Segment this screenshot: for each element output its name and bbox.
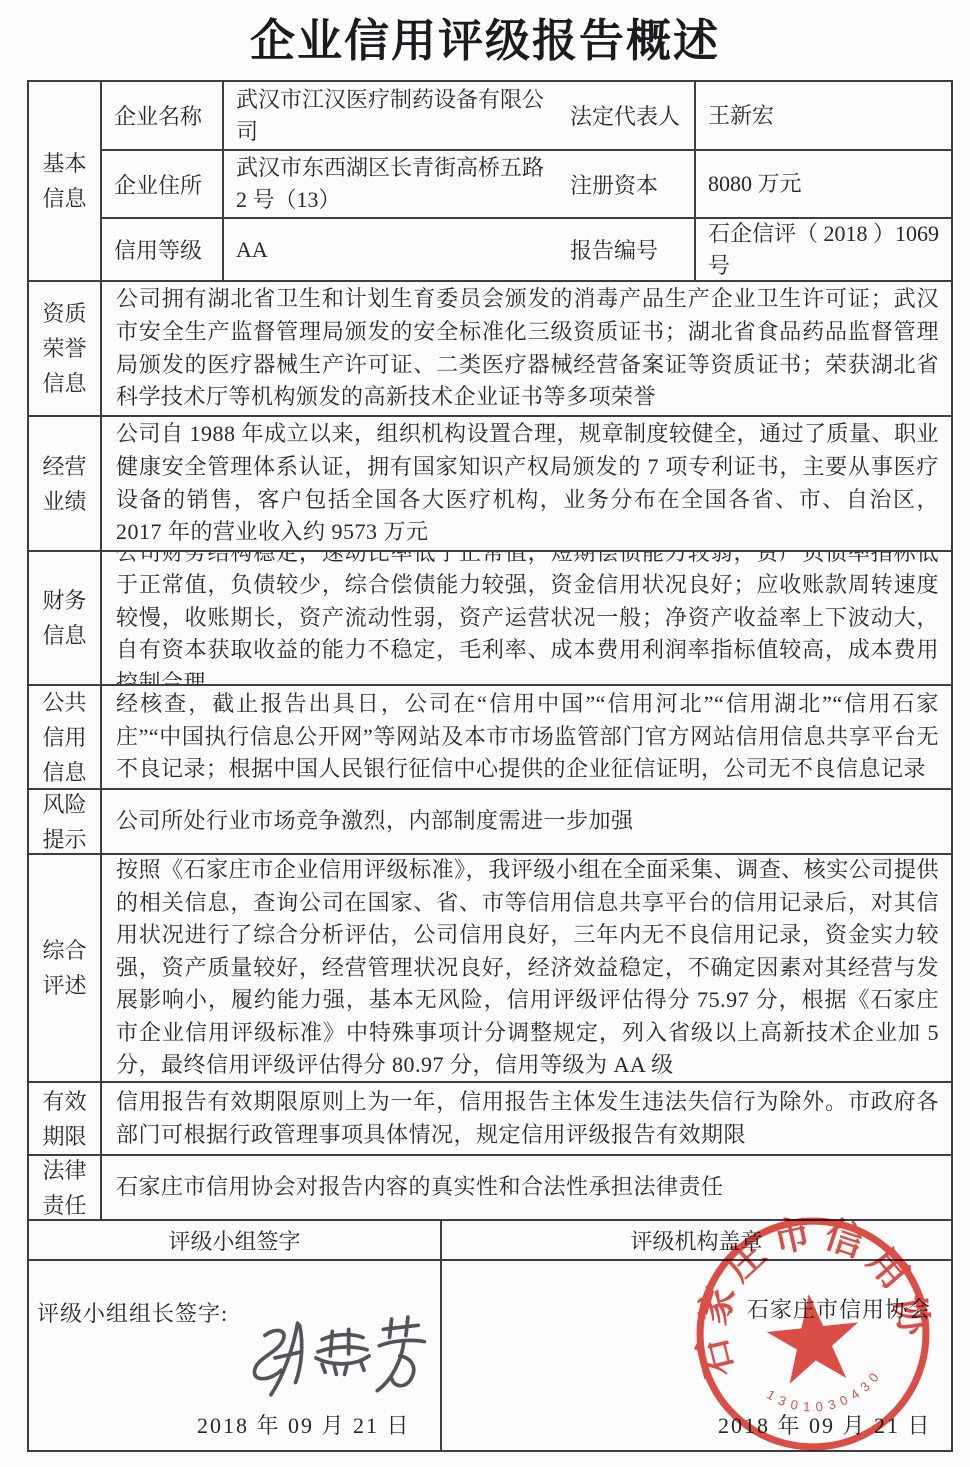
team-signature-date: 2018 年 09 月 21 日 — [197, 1409, 411, 1440]
field-report-no-label: 报告编号 — [558, 219, 694, 280]
section-content: 公司拥有湖北省卫生和计划生育委员会颁发的消毒产品生产企业卫生许可证；武汉市安全生… — [100, 282, 951, 415]
report-table: 基本信息 企业名称 武汉市江汉医疗制药设备有限公司 法定代表人 王新宏 企业住所… — [27, 80, 953, 1452]
rating-team-signature-header: 评级小组签字 — [29, 1221, 440, 1259]
field-address-value: 武汉市东西湖区长青街高桥五路 2 号（13） — [222, 151, 558, 217]
table-row: 企业住所 武汉市东西湖区长青街高桥五路 2 号（13） 注册资本 8080 万元 — [102, 149, 951, 217]
section-legal-liability: 法律责任 石家庄市信用协会对报告内容的真实性和合法性承担法律责任 — [29, 1154, 951, 1219]
section-validity-period: 有效期限 信用报告有效期限原则上为一年，信用报告主体发生违法失信行为除外。市政府… — [29, 1081, 951, 1154]
field-capital-label: 注册资本 — [558, 151, 694, 217]
page-title: 企业信用评级报告概述 — [0, 4, 970, 69]
agency-seal-date: 2018 年 09 月 21 日 — [718, 1409, 932, 1440]
section-label-basic: 基本信息 — [29, 82, 100, 280]
table-row: 信用等级 AA 报告编号 石企信评（ 2018 ）1069 号 — [102, 217, 951, 280]
field-report-no-value: 石企信评（ 2018 ）1069 号 — [694, 219, 951, 280]
signature-header-row: 评级小组签字 评级机构盖章 — [29, 1219, 951, 1259]
section-public-credit: 公共信用信息 经核查，截止报告出具日，公司在“信用中国”“信用河北”“信用湖北”… — [29, 684, 951, 788]
team-leader-signature-cell: 评级小组组长签字: — [29, 1261, 440, 1450]
section-content: 按照《石家庄市企业信用评级标准》，我评级小组在全面采集、调查、核实公司提供的相关… — [100, 855, 951, 1081]
agency-name: 石家庄市信用协会 — [747, 1293, 931, 1324]
section-label: 经营业绩 — [29, 417, 100, 550]
field-capital-value: 8080 万元 — [694, 151, 951, 217]
section-content: 信用报告有效期限原则上为一年，信用报告主体发生违法失信行为除外。市政府各部门可根… — [100, 1083, 951, 1154]
section-overall-review: 综合评述 按照《石家庄市企业信用评级标准》，我评级小组在全面采集、调查、核实公司… — [29, 853, 951, 1081]
section-label: 公共信用信息 — [29, 686, 100, 788]
section-label: 财务信息 — [29, 552, 100, 684]
section-label: 综合评述 — [29, 855, 100, 1081]
field-credit-grade-value: AA — [222, 219, 558, 280]
section-business-performance: 经营业绩 公司自 1988 年成立以来，组织机构设置合理，规章制度较健全，通过了… — [29, 415, 951, 550]
section-label: 资质荣誉信息 — [29, 282, 100, 415]
section-label: 有效期限 — [29, 1083, 100, 1154]
section-risk-notice: 风险提示 公司所处行业市场竞争激烈，内部制度需进一步加强 — [29, 788, 951, 853]
signature-body-row: 评级小组组长签字: — [29, 1259, 951, 1450]
section-qualifications: 资质荣誉信息 公司拥有湖北省卫生和计划生育委员会颁发的消毒产品生产企业卫生许可证… — [29, 280, 951, 415]
team-leader-signature-label: 评级小组组长签字: — [37, 1297, 228, 1328]
section-content: 经核查，截止报告出具日，公司在“信用中国”“信用河北”“信用湖北”“信用石家庄”… — [100, 686, 951, 788]
field-address-label: 企业住所 — [102, 151, 222, 217]
section-content: 公司财务结构稳定，速动比率低于正常值，短期偿债能力较弱，资产负债率指标低于正常值… — [100, 552, 951, 684]
agency-seal-cell: 石家庄市信用协会 2018 年 09 月 21 日 — [440, 1261, 951, 1450]
section-label: 法律责任 — [29, 1156, 100, 1219]
section-content: 公司自 1988 年成立以来，组织机构设置合理，规章制度较健全，通过了质量、职业… — [100, 417, 951, 550]
handwritten-signature — [234, 1313, 449, 1405]
section-content: 公司所处行业市场竞争激烈，内部制度需进一步加强 — [100, 790, 951, 853]
document-page: 企业信用评级报告概述 基本信息 企业名称 武汉市江汉医疗制药设备有限公司 法定代… — [0, 0, 970, 1467]
basic-info-grid: 企业名称 武汉市江汉医疗制药设备有限公司 法定代表人 王新宏 企业住所 武汉市东… — [100, 82, 951, 280]
section-financial-info: 财务信息 公司财务结构稳定，速动比率低于正常值，短期偿债能力较弱，资产负债率指标… — [29, 550, 951, 684]
field-legal-rep-value: 王新宏 — [694, 82, 951, 149]
field-credit-grade-label: 信用等级 — [102, 219, 222, 280]
section-basic-info: 基本信息 企业名称 武汉市江汉医疗制药设备有限公司 法定代表人 王新宏 企业住所… — [29, 82, 951, 280]
field-company-name-value: 武汉市江汉医疗制药设备有限公司 — [222, 82, 558, 149]
table-row: 企业名称 武汉市江汉医疗制药设备有限公司 法定代表人 王新宏 — [102, 82, 951, 149]
section-label: 风险提示 — [29, 790, 100, 853]
section-content: 石家庄市信用协会对报告内容的真实性和合法性承担法律责任 — [100, 1156, 951, 1219]
field-company-name-label: 企业名称 — [102, 82, 222, 149]
rating-agency-seal-header: 评级机构盖章 — [440, 1221, 951, 1259]
field-legal-rep-label: 法定代表人 — [558, 82, 694, 149]
